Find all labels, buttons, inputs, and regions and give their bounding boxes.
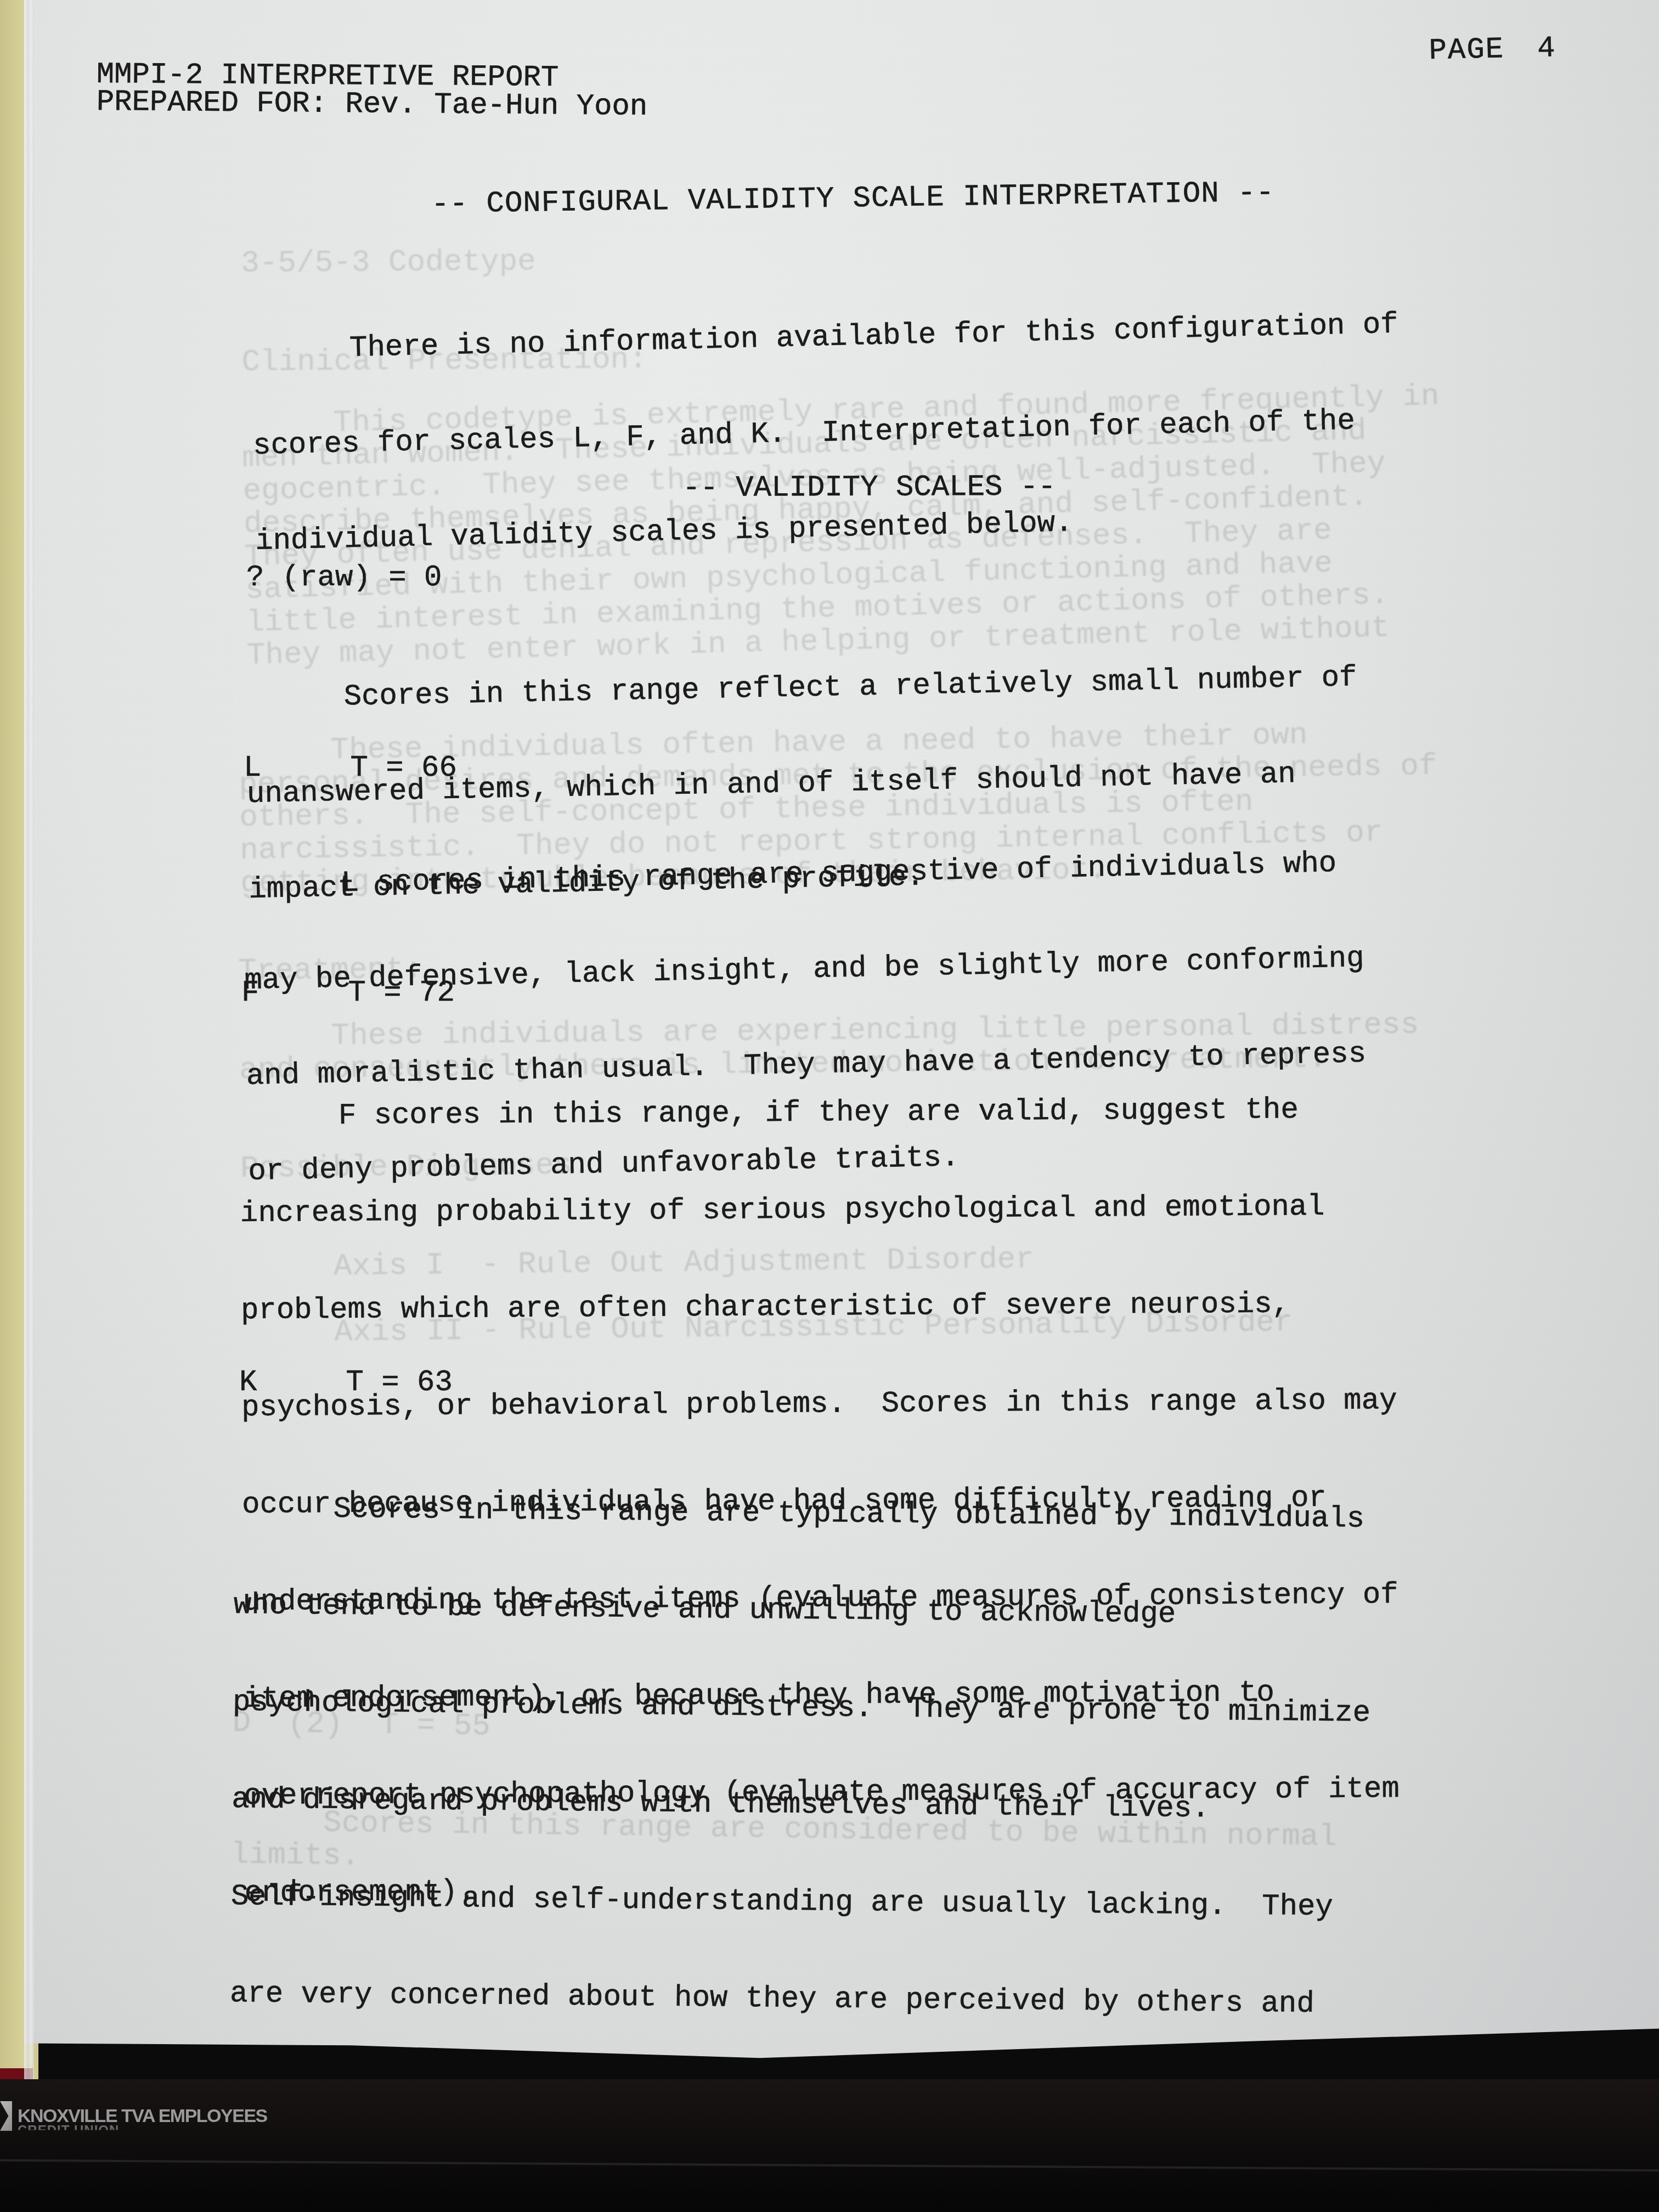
paragraph-line: Scores in this range are typically obtai… bbox=[234, 1492, 1372, 1536]
paragraph-line: increasing probability of serious psycho… bbox=[240, 1190, 1396, 1230]
intro-line: scores for scales L, F, and K. Interpret… bbox=[253, 404, 1401, 462]
credit-union-brand-text: KNOXVILLE TVA EMPLOYEES bbox=[18, 2107, 267, 2125]
configural-section-title: -- CONFIGURAL VALIDITY SCALE INTERPRETAT… bbox=[431, 178, 1274, 221]
desk-mat bbox=[0, 2079, 1659, 2212]
report-page: 3-5/5-3 Codetype Clinical Presentation: … bbox=[24, 0, 1659, 2096]
paragraph-line: who tend to be defensive and unwilling t… bbox=[234, 1589, 1372, 1633]
l-scale-score: L T = 66 bbox=[244, 753, 457, 785]
paragraph-line: and disregard problems with themselves a… bbox=[232, 1784, 1369, 1827]
page-indicator: PAGE4 bbox=[1429, 33, 1556, 67]
stacked-page-edges bbox=[24, 0, 34, 2090]
k-scale-score: K T = 63 bbox=[239, 1367, 453, 1399]
page-label: PAGE bbox=[1429, 33, 1505, 68]
client-name: Rev. Tae-Hun Yoon bbox=[345, 88, 647, 124]
paragraph-line: psychological problems and distress. The… bbox=[233, 1686, 1370, 1730]
credit-union-logo-icon bbox=[0, 2101, 12, 2131]
paragraph-line: F scores in this range, if they are vali… bbox=[240, 1093, 1396, 1133]
paragraph-line: Scores in this range reflect a relativel… bbox=[245, 662, 1357, 715]
photo-scene: 3-5/5-3 Codetype Clinical Presentation: … bbox=[0, 0, 1659, 2212]
validity-scales-title: -- VALIDITY SCALES -- bbox=[682, 472, 1056, 505]
paragraph-line: Self-insight and self-understanding are … bbox=[231, 1881, 1369, 1924]
intro-line: There is no information available for th… bbox=[251, 309, 1399, 367]
cannot-say-score: ? (raw) = 0 bbox=[246, 562, 442, 594]
credit-union-logo: KNOXVILLE TVA EMPLOYEES CREDIT UNION bbox=[0, 2101, 267, 2131]
page-number: 4 bbox=[1537, 32, 1557, 66]
prepared-for-line: PREPARED FOR: Rev. Tae-Hun Yoon bbox=[96, 87, 647, 123]
f-scale-score: F T = 72 bbox=[241, 978, 455, 1009]
paragraph-line: L scores in this range are suggestive of… bbox=[242, 848, 1362, 902]
paragraph-line: are very concerned about how they are pe… bbox=[230, 1978, 1368, 2021]
prepared-for-label: PREPARED FOR: bbox=[96, 86, 328, 121]
paragraph-line: problems which are often characteristic … bbox=[241, 1288, 1397, 1327]
k-scale-interpretation: Scores in this range are typically obtai… bbox=[228, 1427, 1373, 2183]
intro-line: individual validity scales is presented … bbox=[255, 500, 1403, 557]
